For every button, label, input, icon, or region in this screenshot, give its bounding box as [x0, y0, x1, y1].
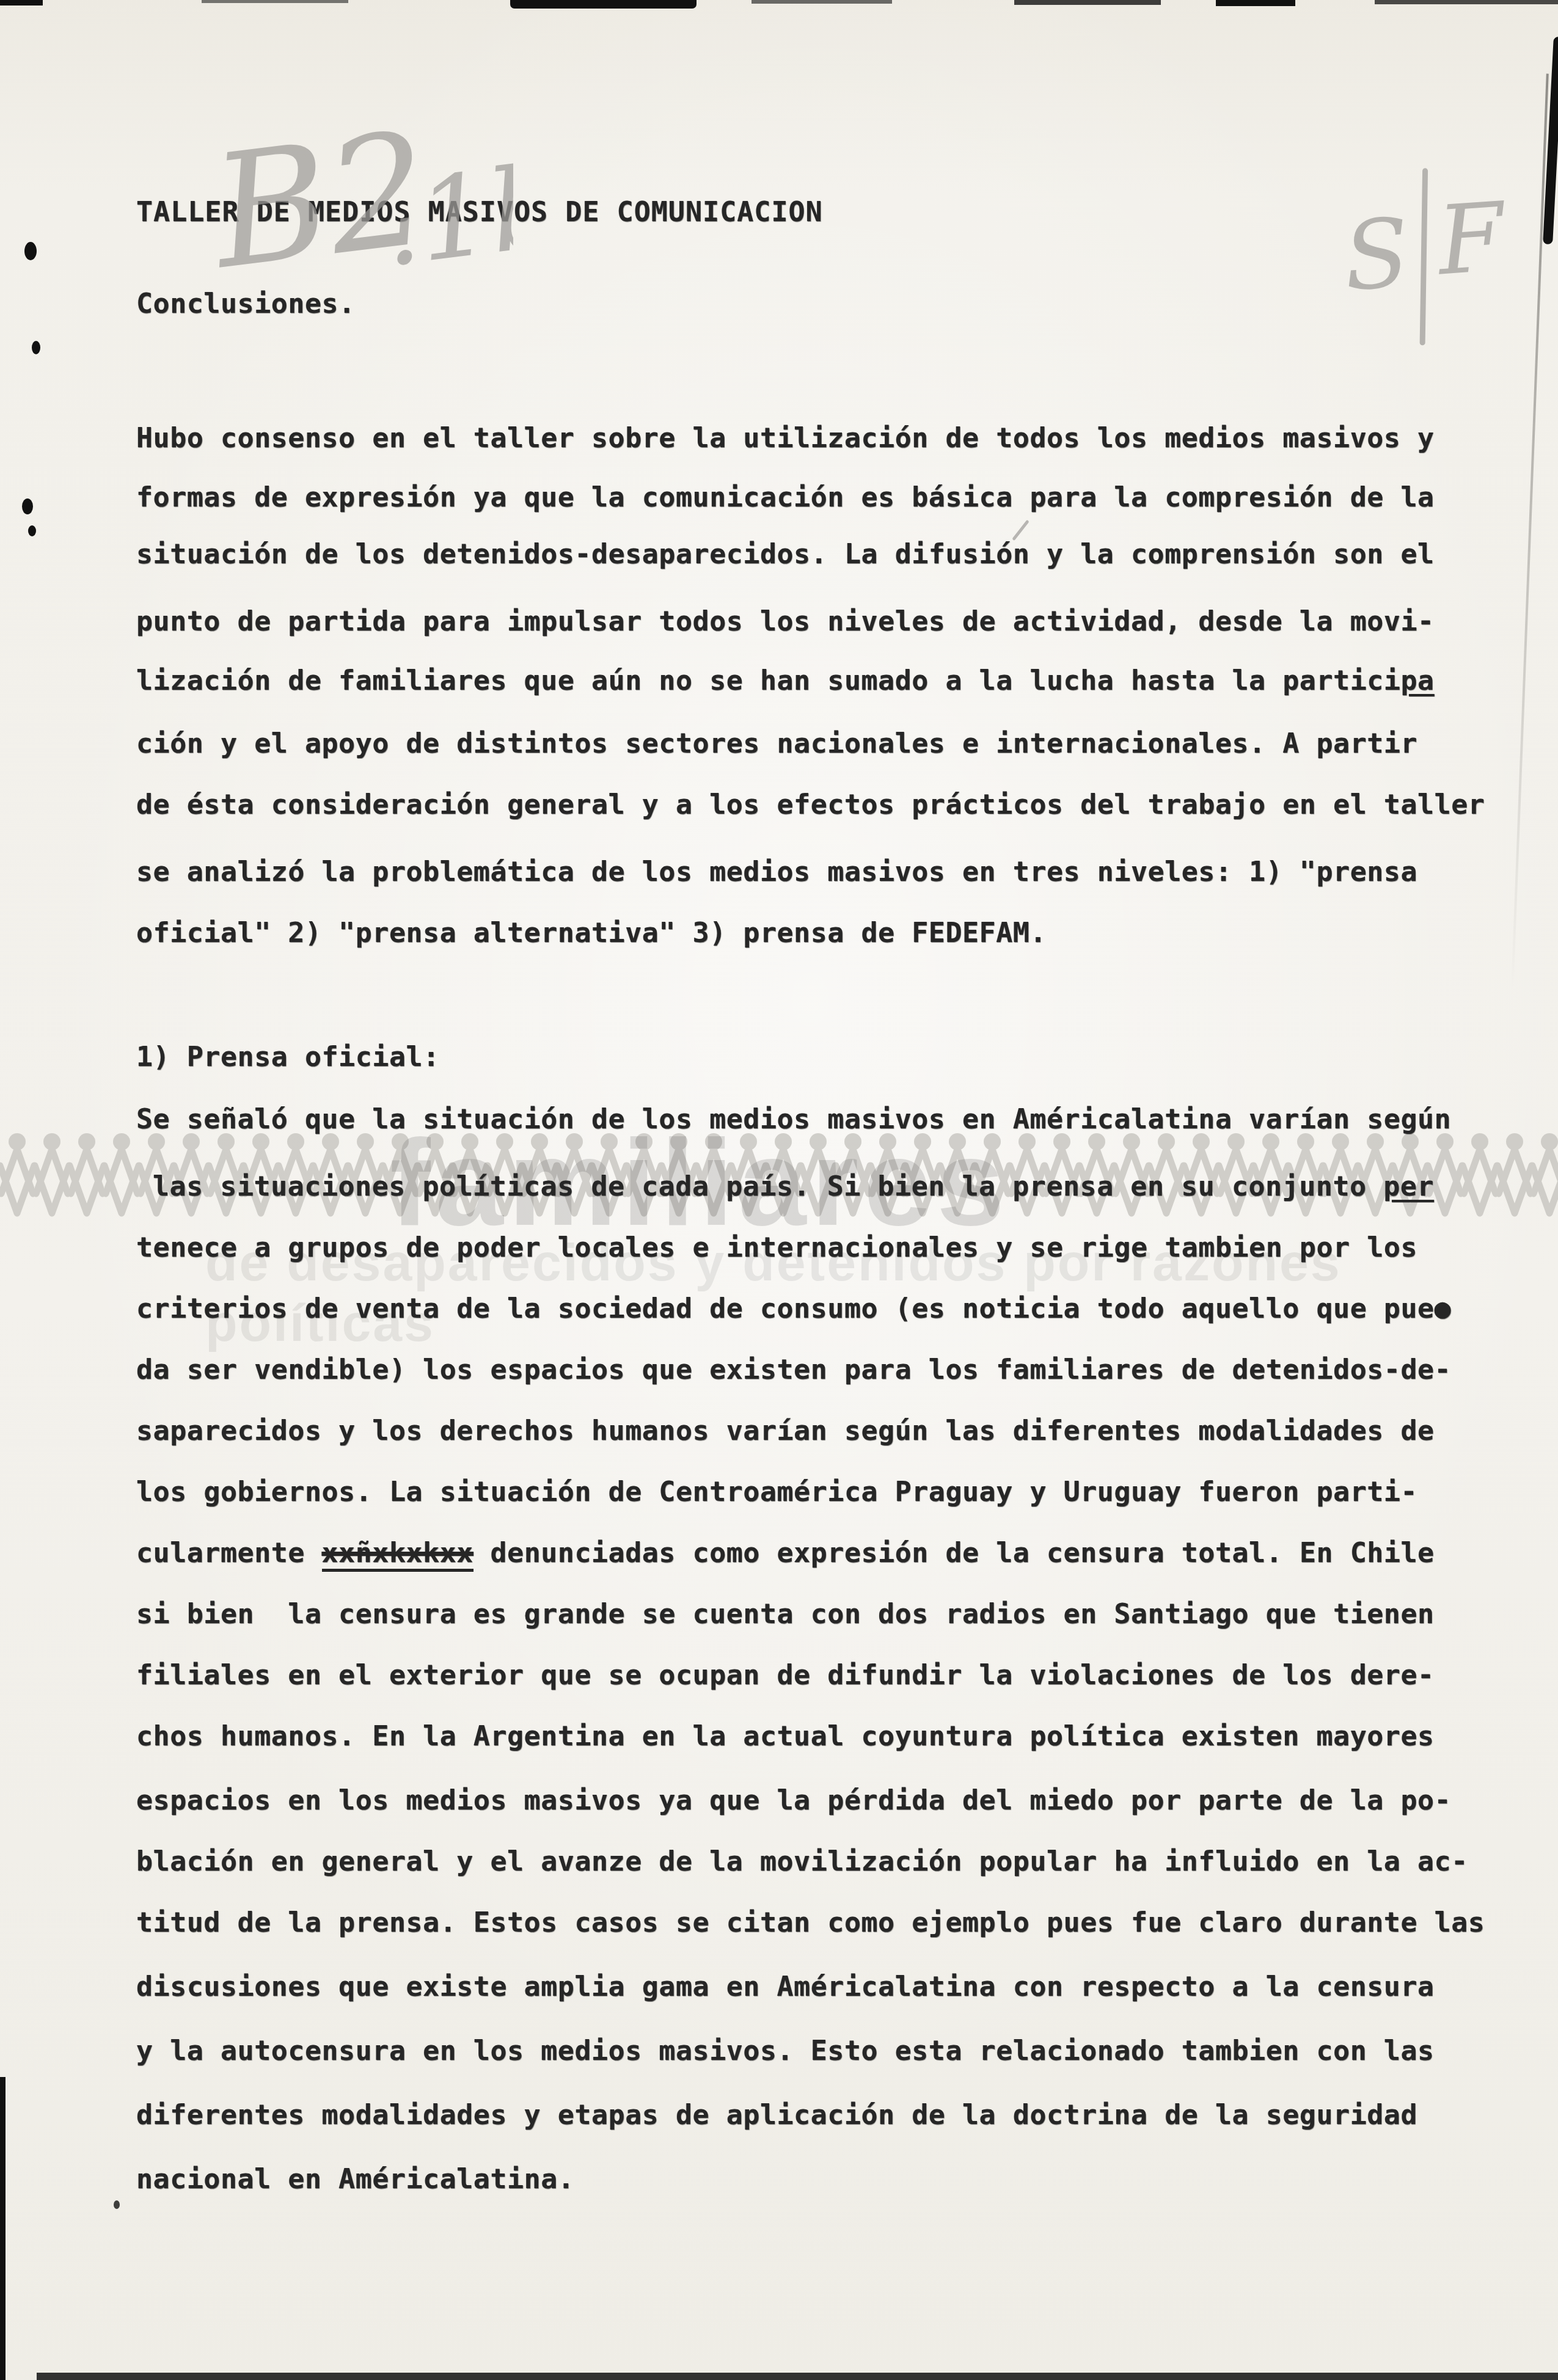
scan-edge-mark	[1014, 0, 1161, 5]
typed-line: situación de los detenidos-desaparecidos…	[136, 539, 1435, 569]
typed-line: ción y el apoyo de distintos sectores na…	[136, 728, 1417, 759]
typed-line: saparecidos y los derechos humanos varía…	[136, 1415, 1435, 1446]
scan-dot	[32, 341, 40, 354]
pencil-sf-annotation: S F	[1326, 153, 1527, 354]
section-heading: 1) Prensa oficial:	[136, 1042, 440, 1072]
scan-edge-mark	[1375, 0, 1558, 4]
scan-dot	[114, 2200, 120, 2209]
typed-line: diferentes modalidades y etapas de aplic…	[136, 2100, 1417, 2130]
scan-dot	[24, 242, 37, 260]
scan-edge-mark	[37, 2373, 1558, 2380]
typed-line: cularmente xxñxkxkxx denunciadas como ex…	[136, 1538, 1435, 1568]
typed-line: espacios en los medios masivos ya que la…	[136, 1785, 1451, 1816]
underlined-syllable: per	[1383, 1170, 1434, 1202]
underlined-syllable: pa	[1400, 664, 1434, 696]
pencil-code-sub: .1b	[375, 139, 513, 292]
typed-line-text: denunciadas como expresión de la censura…	[474, 1536, 1435, 1569]
typed-line: criterios de venta de la sociedad de con…	[136, 1293, 1451, 1324]
scan-edge-mark	[0, 2077, 5, 2380]
scan-edge-mark	[202, 0, 348, 3]
typed-line: y la autocensura en los medios masivos. …	[136, 2035, 1435, 2066]
pencil-archive-code: B2 .1b	[196, 67, 513, 324]
pencil-f-letter: F	[1432, 181, 1510, 297]
scan-edge-mark	[1216, 0, 1295, 6]
typed-line: Hubo consenso en el taller sobre la util…	[136, 423, 1435, 453]
scan-dot	[22, 498, 33, 514]
typed-line: Se señaló que la situación de los medios…	[136, 1104, 1451, 1134]
typed-line: se analizó la problemática de los medios…	[136, 856, 1417, 887]
scan-edge-mark	[0, 0, 43, 5]
typed-line: lización de familiares que aún no se han…	[136, 665, 1435, 696]
typed-line-text: cularmente	[136, 1536, 322, 1569]
pencil-slash	[1411, 171, 1437, 343]
typed-line: los gobiernos. La situación de Centroamé…	[136, 1477, 1417, 1507]
typed-line: oficial" 2) "prensa alternativa" 3) pren…	[136, 918, 1047, 948]
struck-out-word: xxñxkxkxx	[322, 1536, 474, 1572]
typed-line: punto de partida para impulsar todos los…	[136, 606, 1435, 637]
scan-edge-mark	[752, 0, 892, 4]
typed-line: tenece a grupos de poder locales e inter…	[136, 1232, 1417, 1263]
scan-dot	[28, 525, 36, 536]
typed-line: chos humanos. En la Argentina en la actu…	[136, 1721, 1435, 1751]
typed-line-text: las situaciones políticas de cada país. …	[153, 1170, 1383, 1202]
typed-line-text: lización de familiares que aún no se han…	[136, 664, 1400, 696]
typed-line: titud de la prensa. Estos casos se citan…	[136, 1907, 1485, 1938]
scanned-document-page: familiares de desaparecidos y detenidos …	[0, 0, 1558, 2380]
typed-line: si bien la censura es grande se cuenta c…	[136, 1599, 1435, 1629]
typed-line: nacional en Américalatina.	[136, 2164, 574, 2194]
typed-line: discusiones que existe amplia gama en Am…	[136, 1971, 1435, 2002]
pencil-s-letter: S	[1340, 197, 1413, 312]
typed-line: las situaciones políticas de cada país. …	[153, 1171, 1434, 1202]
typed-line: blación en general y el avanze de la mov…	[136, 1846, 1468, 1877]
typed-line: formas de expresión ya que la comunicaci…	[136, 482, 1435, 513]
typed-line: de ésta consideración general y a los ef…	[136, 789, 1485, 820]
typed-line: filiales en el exterior que se ocupan de…	[136, 1660, 1435, 1690]
scan-edge-mark	[510, 0, 697, 9]
typed-line: da ser vendible) los espacios que existe…	[136, 1354, 1451, 1385]
